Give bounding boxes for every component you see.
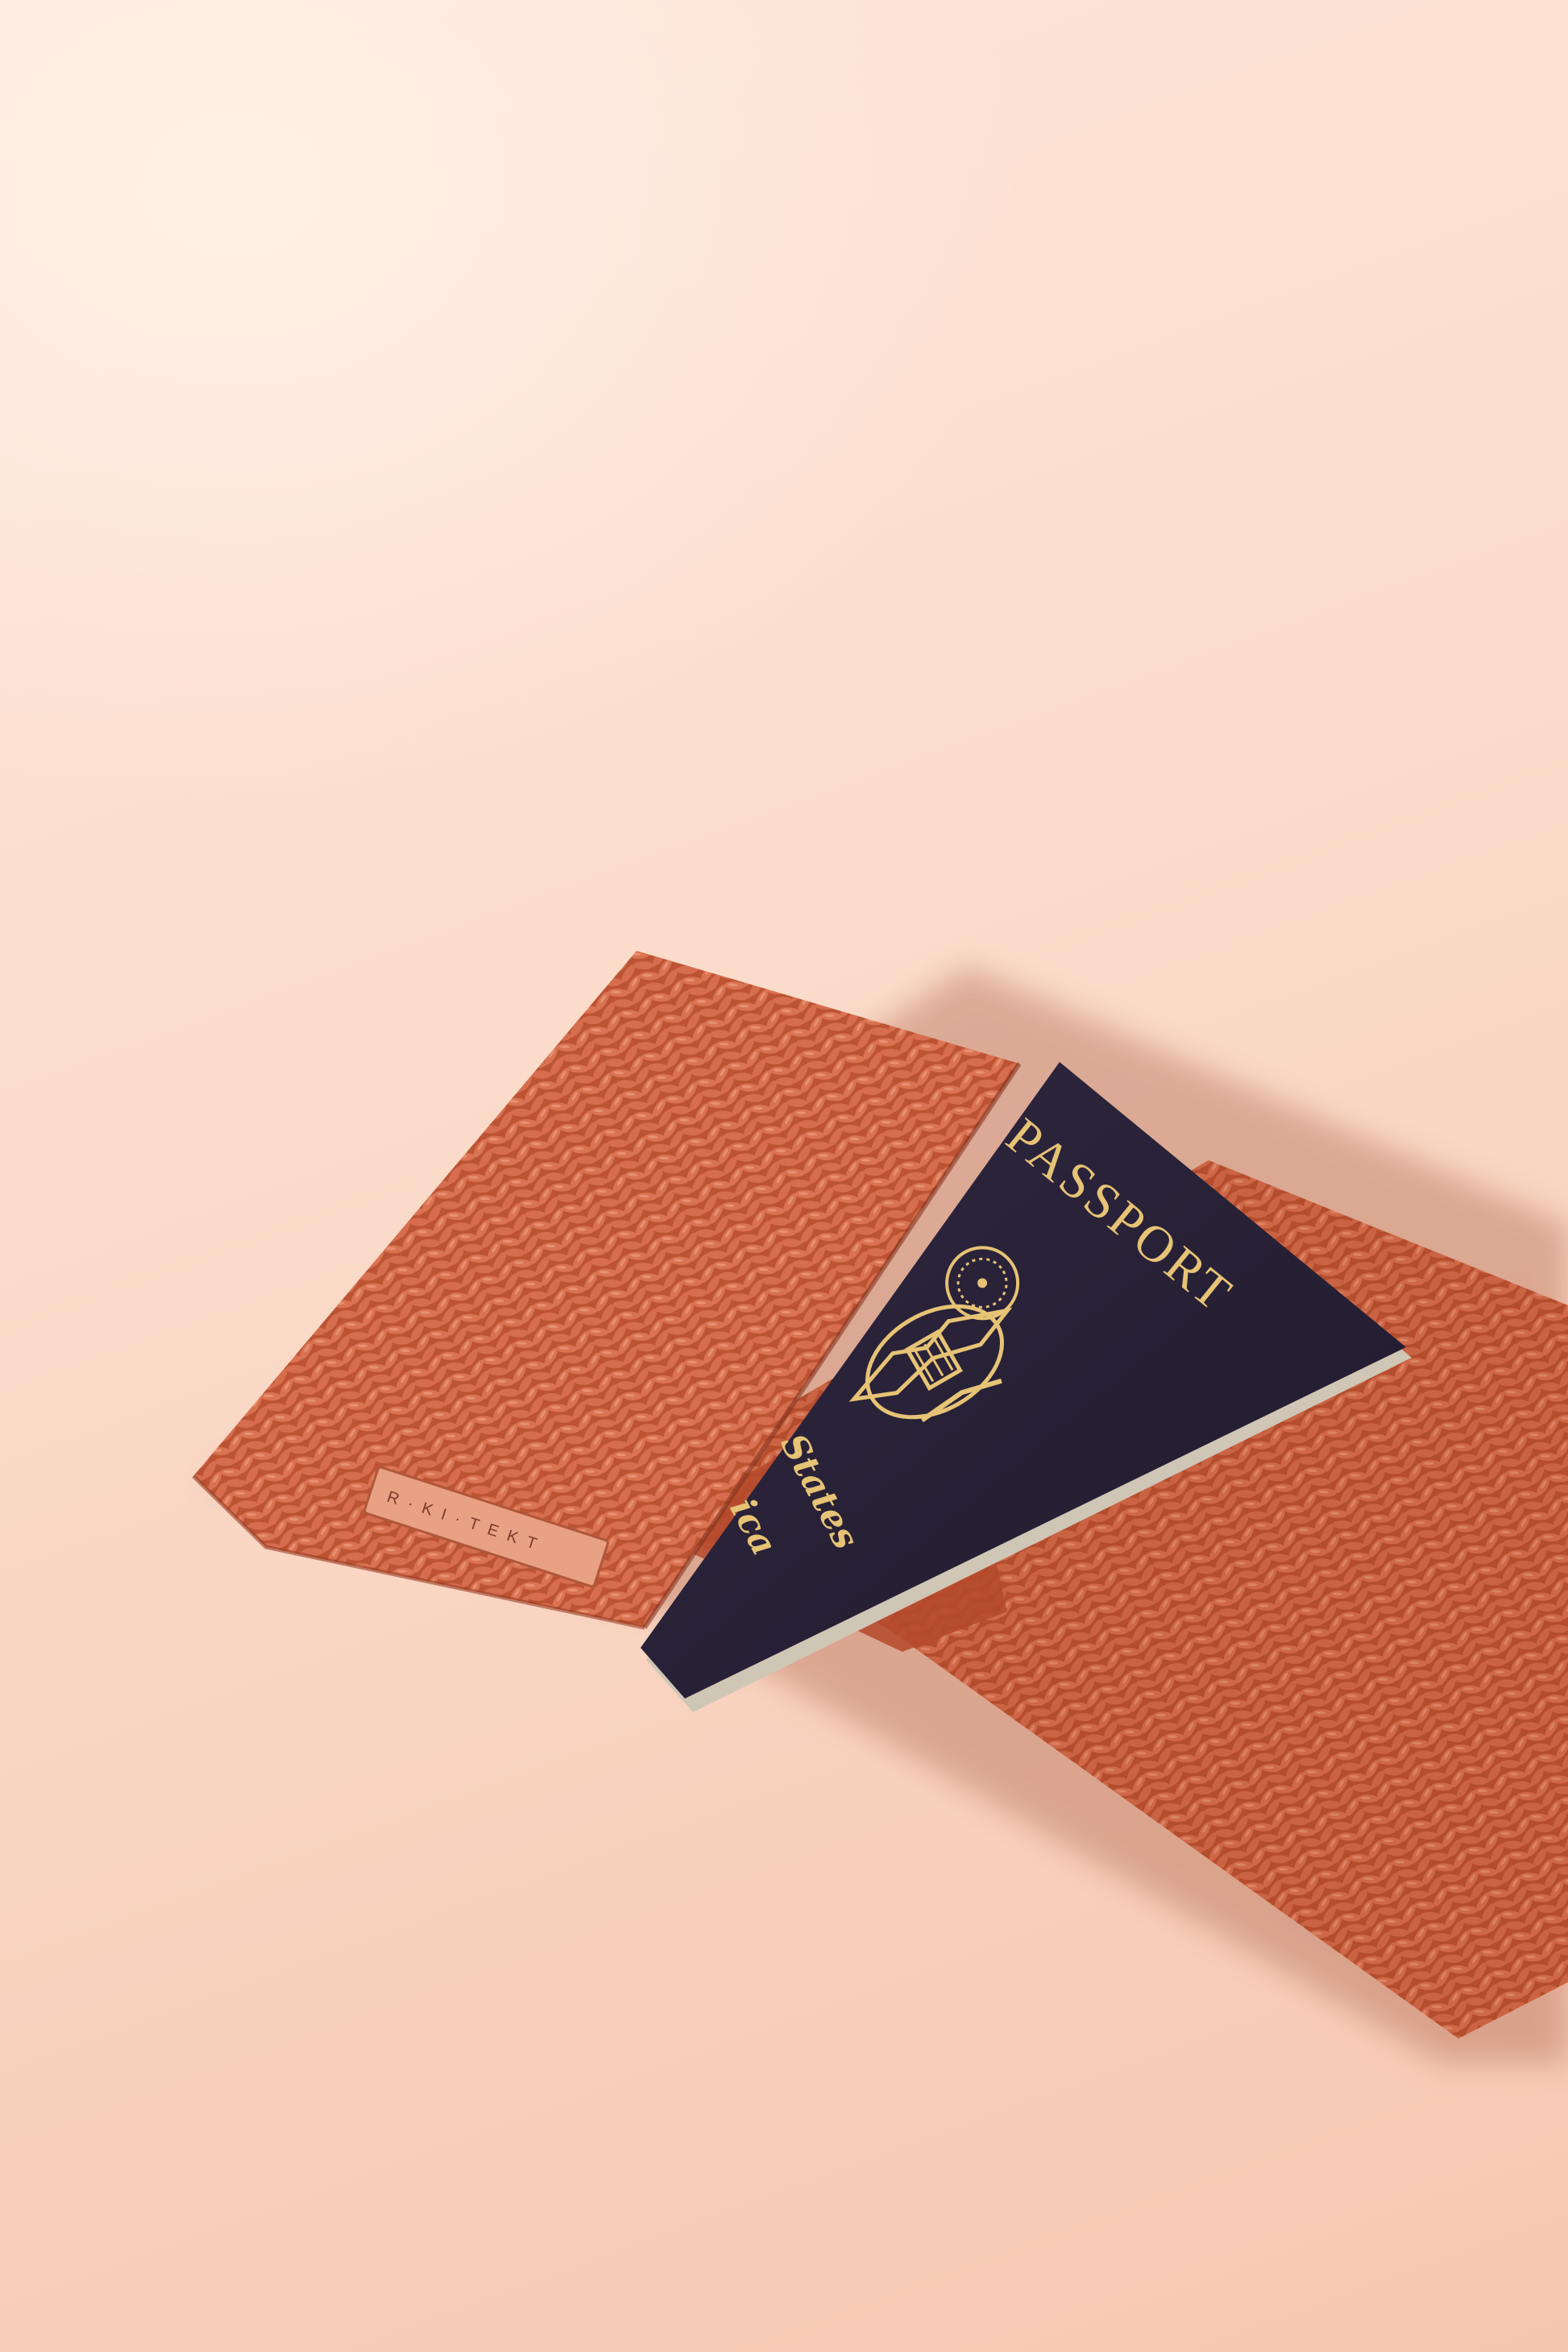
product-illustration: PASSPORT States ica R·KI·TEKT bbox=[0, 0, 1568, 2352]
product-photo: PASSPORT States ica R·KI·TEKT bbox=[0, 0, 1568, 2352]
